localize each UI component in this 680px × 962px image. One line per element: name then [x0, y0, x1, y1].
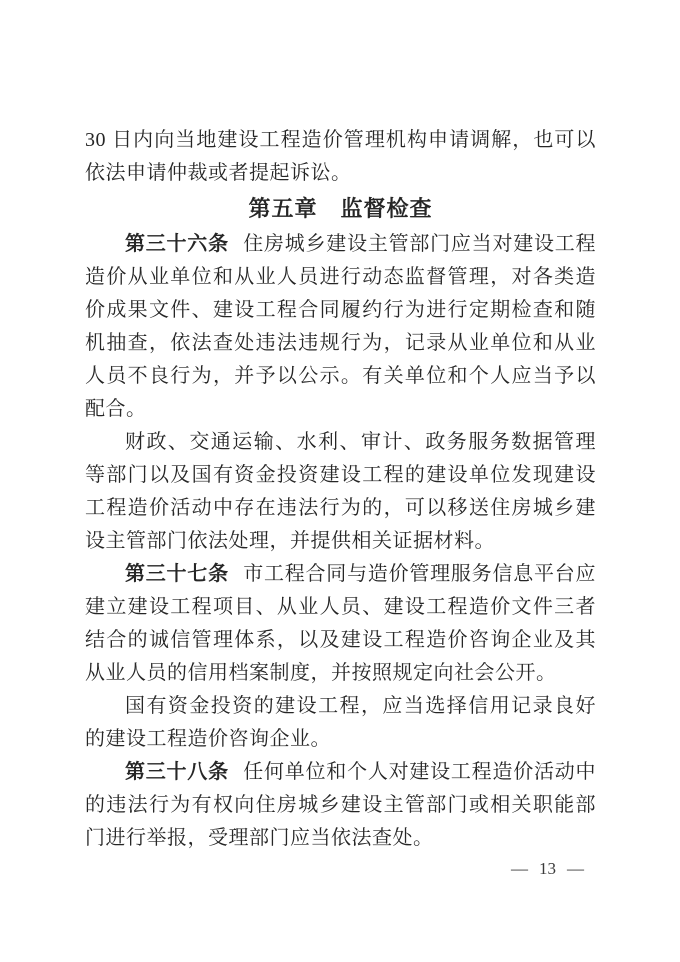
document-body: 30 日内向当地建设工程造价管理机构申请调解，也可以依法申请仲裁或者提起诉讼。 …	[85, 124, 596, 855]
page-number: 13	[539, 858, 556, 880]
article-36-text: 住房城乡建设主管部门应当对建设工程造价从业单位和从业人员进行动态监督管理，对各类…	[85, 233, 596, 420]
article-36-number: 第三十六条	[125, 233, 243, 255]
paragraph-continuation: 30 日内向当地建设工程造价管理机构申请调解，也可以依法申请仲裁或者提起诉讼。	[85, 124, 596, 190]
paragraph-article-38: 第三十八条任何单位和个人对建设工程造价活动中的违法行为有权向住房城乡建设主管部门…	[85, 756, 596, 855]
document-page: 30 日内向当地建设工程造价管理机构申请调解，也可以依法申请仲裁或者提起诉讼。 …	[0, 0, 680, 962]
article-37-number: 第三十七条	[125, 563, 243, 585]
page-footer: — 13 —	[511, 858, 584, 880]
paragraph-article-36: 第三十六条住房城乡建设主管部门应当对建设工程造价从业单位和从业人员进行动态监督管…	[85, 228, 596, 426]
paragraph-state-funded: 国有资金投资的建设工程，应当选择信用记录良好的建设工程造价咨询企业。	[85, 690, 596, 756]
footer-dash-right: —	[567, 858, 584, 880]
paragraph-article-37: 第三十七条市工程合同与造价管理服务信息平台应建立建设工程项目、从业人员、建设工程…	[85, 558, 596, 690]
paragraph-departments: 财政、交通运输、水利、审计、政务服务数据管理等部门以及国有资金投资建设工程的建设…	[85, 426, 596, 558]
chapter-heading: 第五章 监督检查	[85, 190, 596, 228]
footer-dash-left: —	[511, 858, 528, 880]
article-38-number: 第三十八条	[125, 761, 243, 783]
